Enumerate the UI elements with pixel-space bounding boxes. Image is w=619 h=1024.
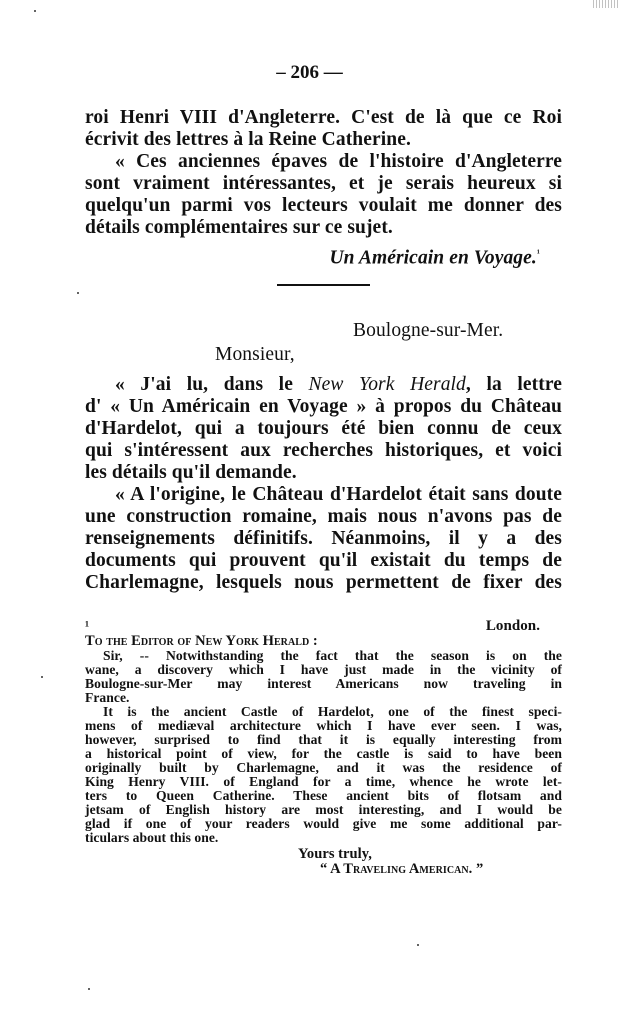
text-line: sont vraiment intéressantes, et je serai…	[85, 173, 562, 195]
footnote-place: London.	[85, 619, 540, 633]
text-line: une construction romaine, mais nous n'av…	[85, 506, 562, 528]
text-line: détails complémentaires sur ce sujet.	[85, 217, 562, 239]
newspaper-title: New York Herald	[309, 374, 466, 395]
footnote-addressee: To the Editor of New York Herald :	[85, 634, 562, 648]
footnote-line: ticulars about this one.	[85, 831, 562, 845]
text-line: d'Hardelot, qui a toujours été bien conn…	[85, 418, 562, 440]
text-line: écrivit des lettres à la Reine Catherine…	[85, 129, 562, 151]
footnote-signature: “ A Traveling American. ”	[320, 862, 560, 876]
book-page: – 206 — roi Henri VIII d'Angleterre. C'e…	[0, 0, 619, 1024]
scan-speck	[41, 676, 43, 678]
footnote-line: mens of mediæval architecture which I ha…	[85, 719, 562, 733]
scan-speck	[88, 988, 90, 990]
footnote-line: King Henry VIII. of England for a time, …	[85, 775, 562, 789]
footnote-line: a historical point of view, for the cast…	[85, 747, 562, 761]
footnote-line: however, surprised to find that it is eq…	[85, 733, 562, 747]
footnote-line: ters to Queen Catherine. These ancient b…	[85, 789, 562, 803]
footnote-line: Sir, -- Notwithstanding the fact that th…	[85, 649, 562, 663]
text-line: « A l'origine, le Château d'Hardelot éta…	[85, 484, 562, 506]
footnote-ref: ¹	[537, 248, 540, 259]
footnote-line: wane, a discovery which I have just made…	[85, 663, 562, 677]
scan-speck	[77, 292, 79, 294]
footnote-line: glad if one of your readers would give m…	[85, 817, 562, 831]
scan-speck	[417, 944, 419, 946]
letter-salutation: Monsieur,	[215, 344, 415, 366]
footnote-line: originally built by Charlemagne, and it …	[85, 761, 562, 775]
footnote-line: jetsam of English history are most inter…	[85, 803, 562, 817]
text-line: les détails qu'il demande.	[85, 462, 562, 484]
text-line: qui s'intéressent aux recherches histori…	[85, 440, 562, 462]
footnote-line: It is the ancient Castle of Hardelot, on…	[85, 705, 562, 719]
scan-speck	[34, 10, 36, 12]
text-line: quelqu'un parmi vos lecteurs voulait me …	[85, 195, 562, 217]
page-number: – 206 —	[0, 62, 619, 84]
text-line: renseignements définitifs. Néanmoins, il…	[85, 528, 562, 550]
signature-french: Un Américain en Voyage.¹	[85, 243, 540, 265]
footnote-line: Boulogne-sur-Mer may interest Americans …	[85, 677, 562, 691]
text-line: « J'ai lu, dans le New York Herald, la l…	[85, 374, 562, 396]
text-line: roi Henri VIII d'Angleterre. C'est de là…	[85, 107, 562, 129]
footnote-line: France.	[85, 691, 562, 705]
scan-smudge	[593, 0, 619, 8]
text-line: « Ces anciennes épaves de l'histoire d'A…	[85, 151, 562, 173]
section-divider	[277, 284, 370, 286]
footnote-closing: Yours truly,	[298, 847, 498, 861]
text-line: Charlemagne, lesquels nous permettent de…	[85, 572, 562, 594]
text-line: documents qui prouvent qu'il existait du…	[85, 550, 562, 572]
letter-place: Boulogne-sur-Mer.	[353, 320, 553, 342]
text-line: d' « Un Américain en Voyage » à propos d…	[85, 396, 562, 418]
